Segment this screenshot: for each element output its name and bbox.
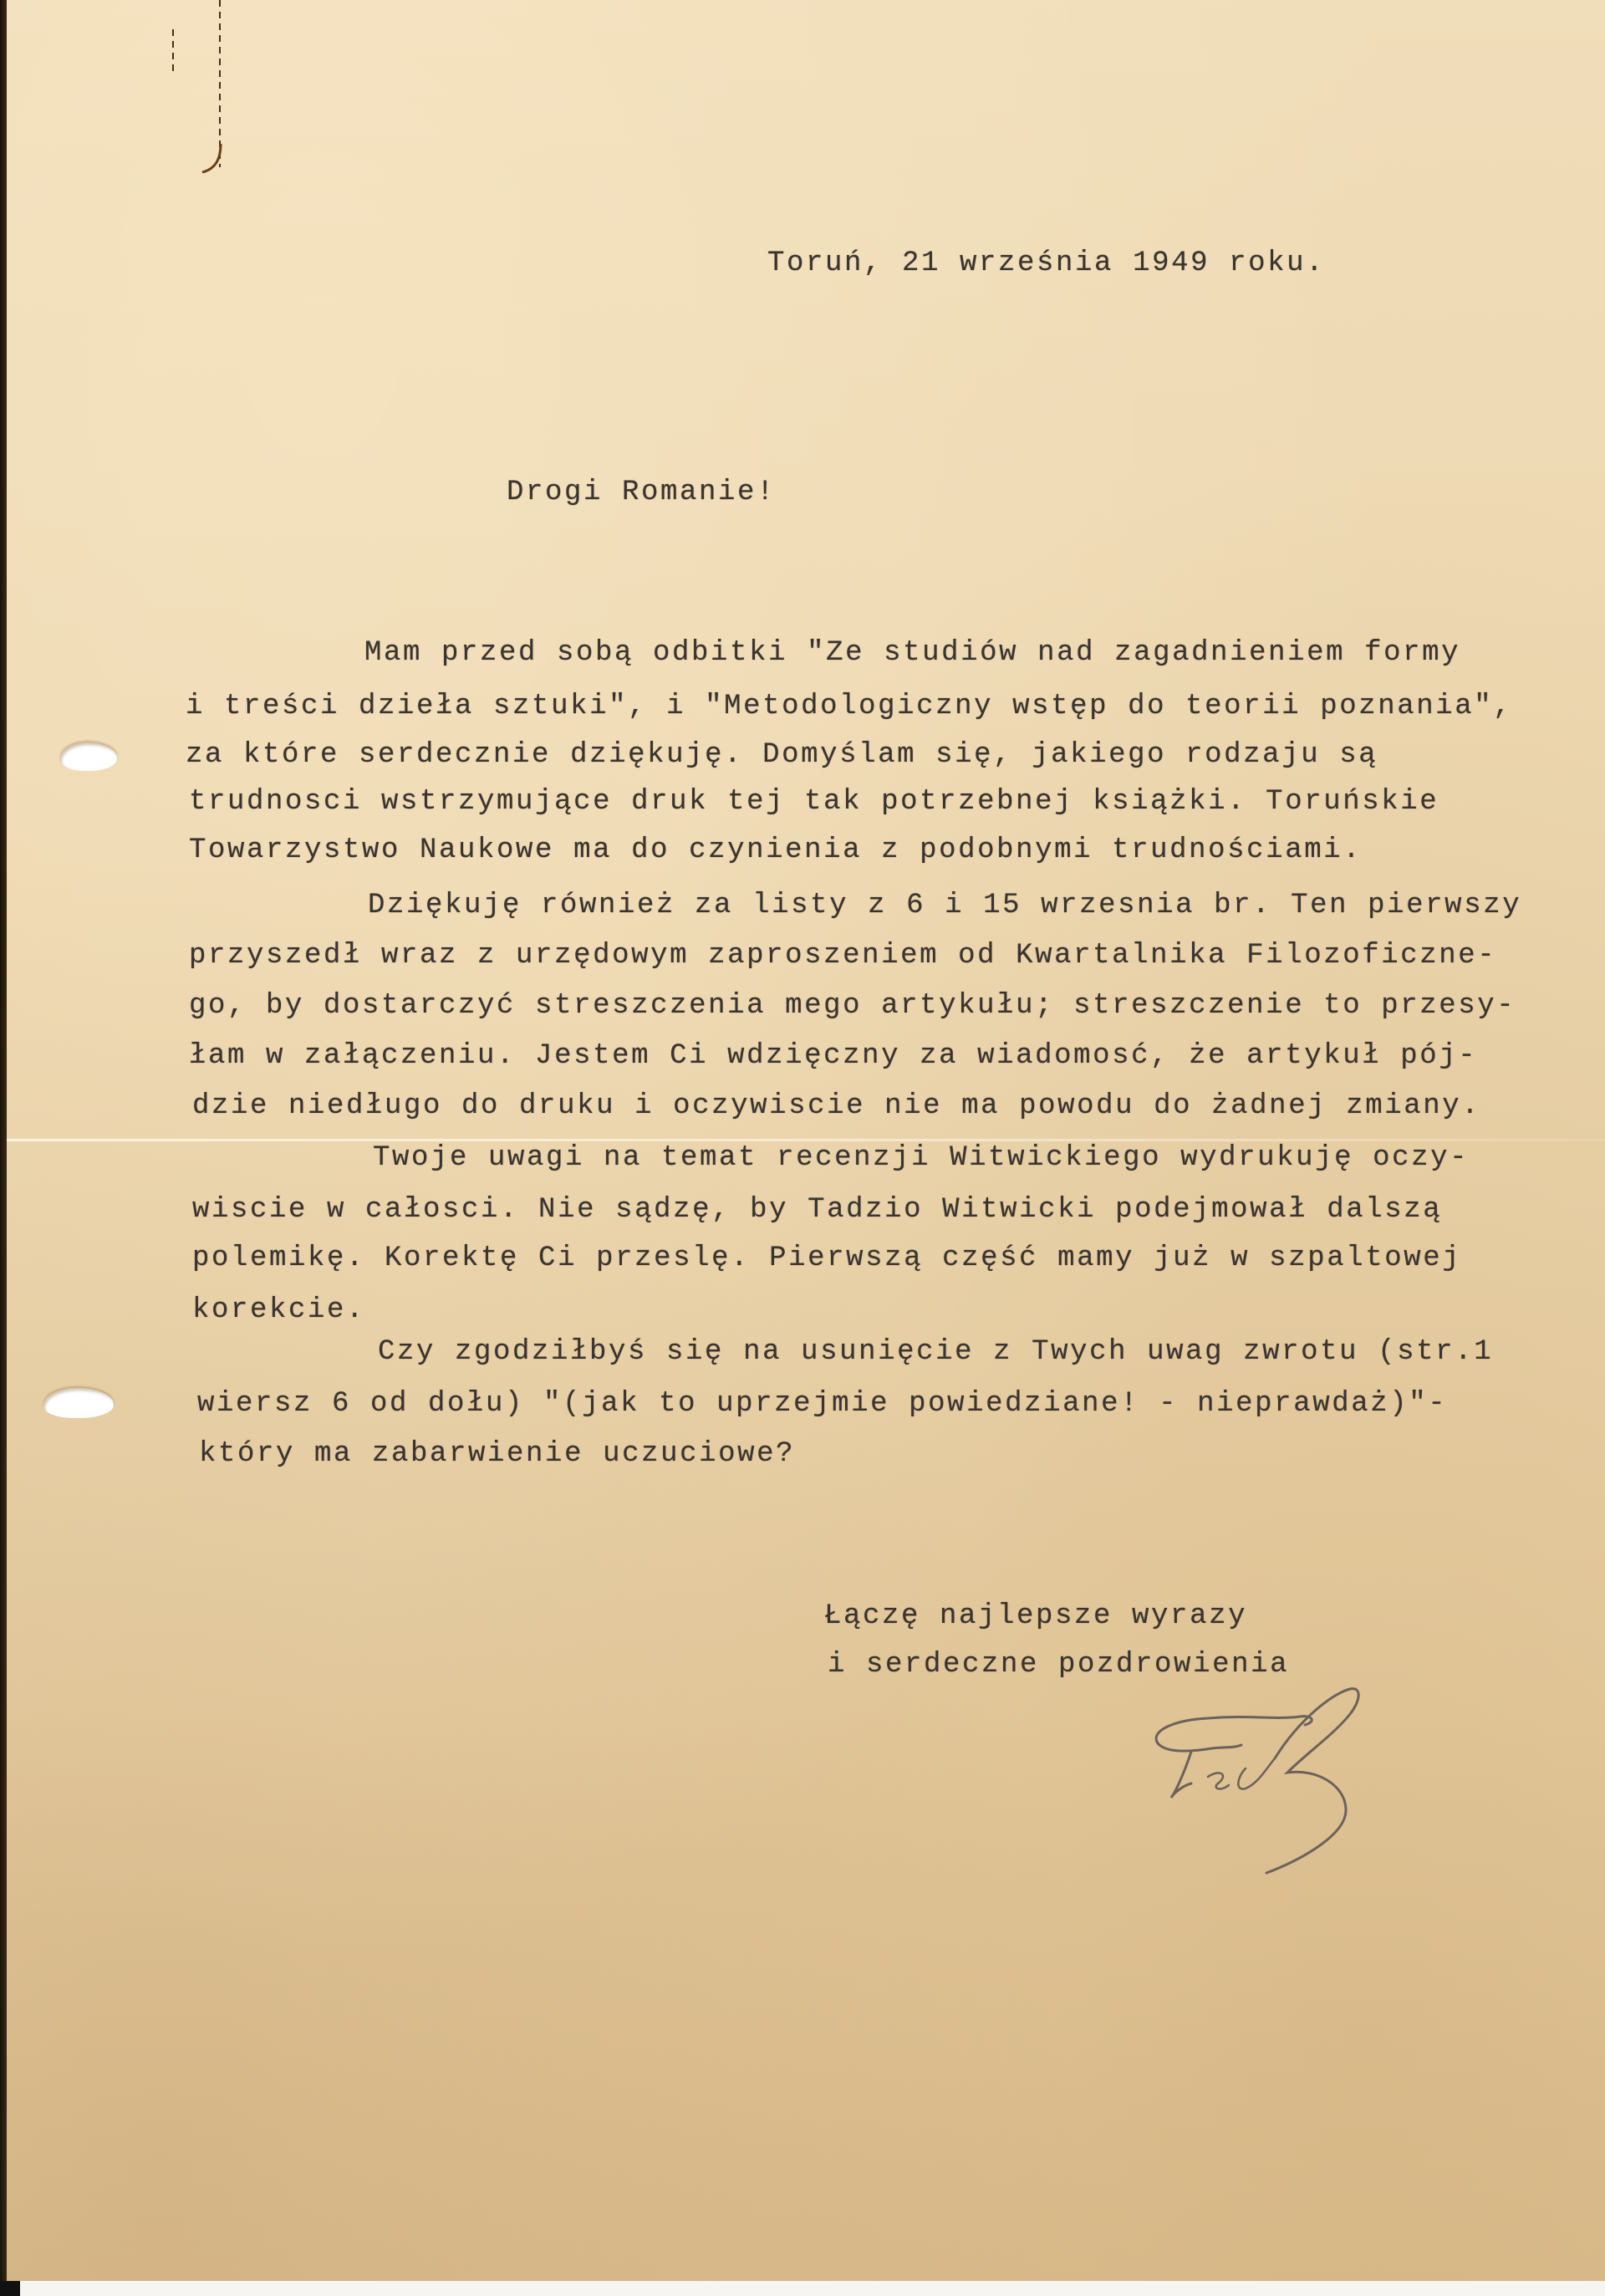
closing-line: Łączę najlepsze wyrazy [824, 1600, 1247, 1632]
body-line: i treści dzieła sztuki", i "Metodologicz… [186, 691, 1512, 722]
rust-hook-mark [197, 142, 231, 176]
salutation: Drogi Romanie! [507, 477, 776, 508]
scan-edge-left [0, 0, 7, 2296]
scan-edge-bottom [0, 2281, 1605, 2296]
body-line: Czy zgodziłbyś się na usunięcie z Twych … [378, 1336, 1493, 1368]
closing-line: i serdeczne pozdrowienia [828, 1649, 1289, 1681]
body-line: który ma zabarwienie uczuciowe? [199, 1438, 795, 1470]
body-line: trudnosci wstrzymujące druk tej tak potr… [189, 786, 1439, 818]
body-line: Twoje uwagi na temat recenzji Witwickieg… [373, 1142, 1469, 1174]
body-line: go, by dostarczyć streszczenia mego arty… [189, 990, 1516, 1022]
body-line: łam w załączeniu. Jestem Ci wdzięczny za… [189, 1040, 1477, 1072]
body-line: polemikę. Korektę Ci przeslę. Pierwszą c… [192, 1242, 1461, 1274]
letter-page: Toruń, 21 września 1949 roku. Drogi Roma… [0, 0, 1605, 2281]
handwritten-signature [1141, 1685, 1392, 1877]
body-line: Mam przed sobą odbitki "Ze studiów nad z… [364, 637, 1460, 669]
fold-crease [0, 1139, 1605, 1141]
body-line: przyszedł wraz z urzędowym zaproszeniem … [189, 940, 1496, 972]
body-line: Dziękuję również za listy z 6 i 15 wrzes… [368, 890, 1521, 921]
punch-hole [60, 742, 117, 771]
date-line: Toruń, 21 września 1949 roku. [767, 247, 1325, 279]
body-line: dzie niedługo do druku i oczywiscie nie … [192, 1090, 1480, 1122]
body-line: za które serdecznie dziękuję. Domyślam s… [186, 739, 1378, 771]
punch-hole [43, 1388, 114, 1418]
body-line: Towarzystwo Naukowe ma do czynienia z po… [189, 834, 1362, 866]
body-line: wiscie w całosci. Nie sądzę, by Tadzio W… [192, 1194, 1442, 1226]
body-line: korekcie. [192, 1294, 365, 1326]
body-line: wiersz 6 od dołu) "(jak to uprzejmie pow… [197, 1388, 1447, 1420]
rust-mark [172, 29, 174, 71]
